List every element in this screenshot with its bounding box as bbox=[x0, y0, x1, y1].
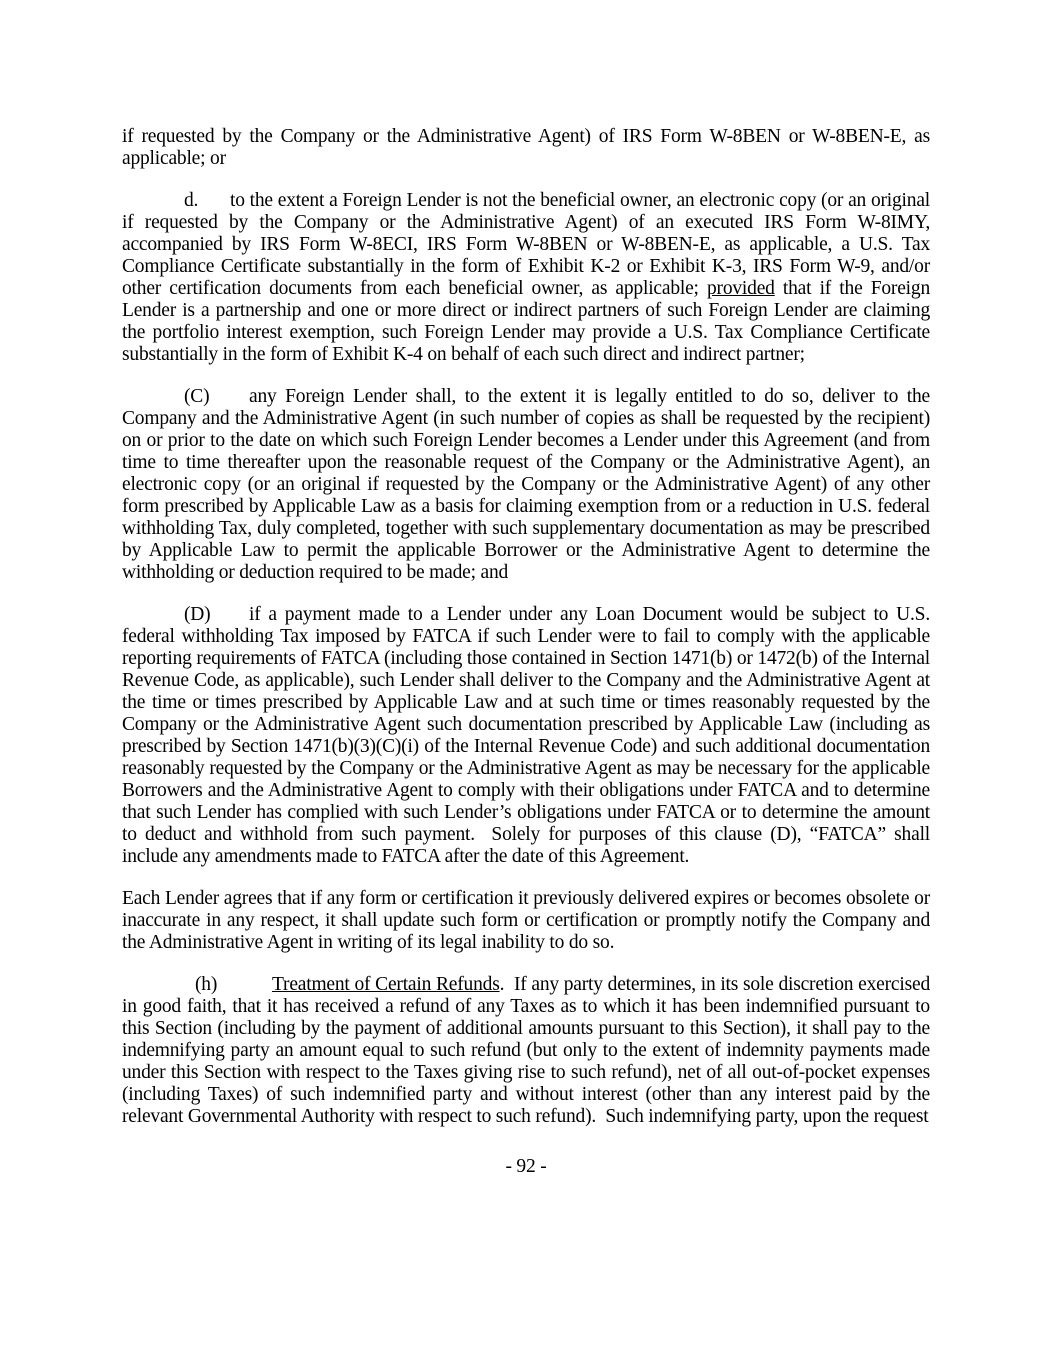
paragraph-C-label: (C) bbox=[184, 386, 249, 408]
paragraph-C-text: any Foreign Lender shall, to the extent … bbox=[122, 386, 930, 583]
paragraph-D: (D)if a payment made to a Lender under a… bbox=[122, 604, 930, 868]
paragraph-h-label: (h) bbox=[195, 974, 272, 996]
paragraph-D-text: if a payment made to a Lender under any … bbox=[122, 604, 930, 867]
paragraph-h: (h)Treatment of Certain Refunds. If any … bbox=[122, 974, 930, 1128]
paragraph-c-continuation-text: if requested by the Company or the Admin… bbox=[122, 126, 930, 169]
paragraph-d-label: d. bbox=[184, 190, 230, 212]
paragraph-C: (C)any Foreign Lender shall, to the exte… bbox=[122, 386, 930, 584]
document-page: if requested by the Company or the Admin… bbox=[0, 0, 1055, 1365]
paragraph-D-label: (D) bbox=[184, 604, 249, 626]
paragraph-each-lender: Each Lender agrees that if any form or c… bbox=[122, 888, 930, 954]
page-number: - 92 - bbox=[122, 1156, 930, 1178]
document-body: if requested by the Company or the Admin… bbox=[122, 126, 930, 1178]
paragraph-each-lender-text: Each Lender agrees that if any form or c… bbox=[122, 888, 930, 953]
paragraph-h-text-after: . If any party determines, in its sole d… bbox=[122, 974, 930, 1127]
paragraph-c-continuation: if requested by the Company or the Admin… bbox=[122, 126, 930, 170]
paragraph-h-underlined-heading: Treatment of Certain Refunds bbox=[272, 974, 500, 995]
paragraph-d: d.to the extent a Foreign Lender is not … bbox=[122, 190, 930, 366]
paragraph-d-underlined-word: provided bbox=[707, 278, 775, 299]
